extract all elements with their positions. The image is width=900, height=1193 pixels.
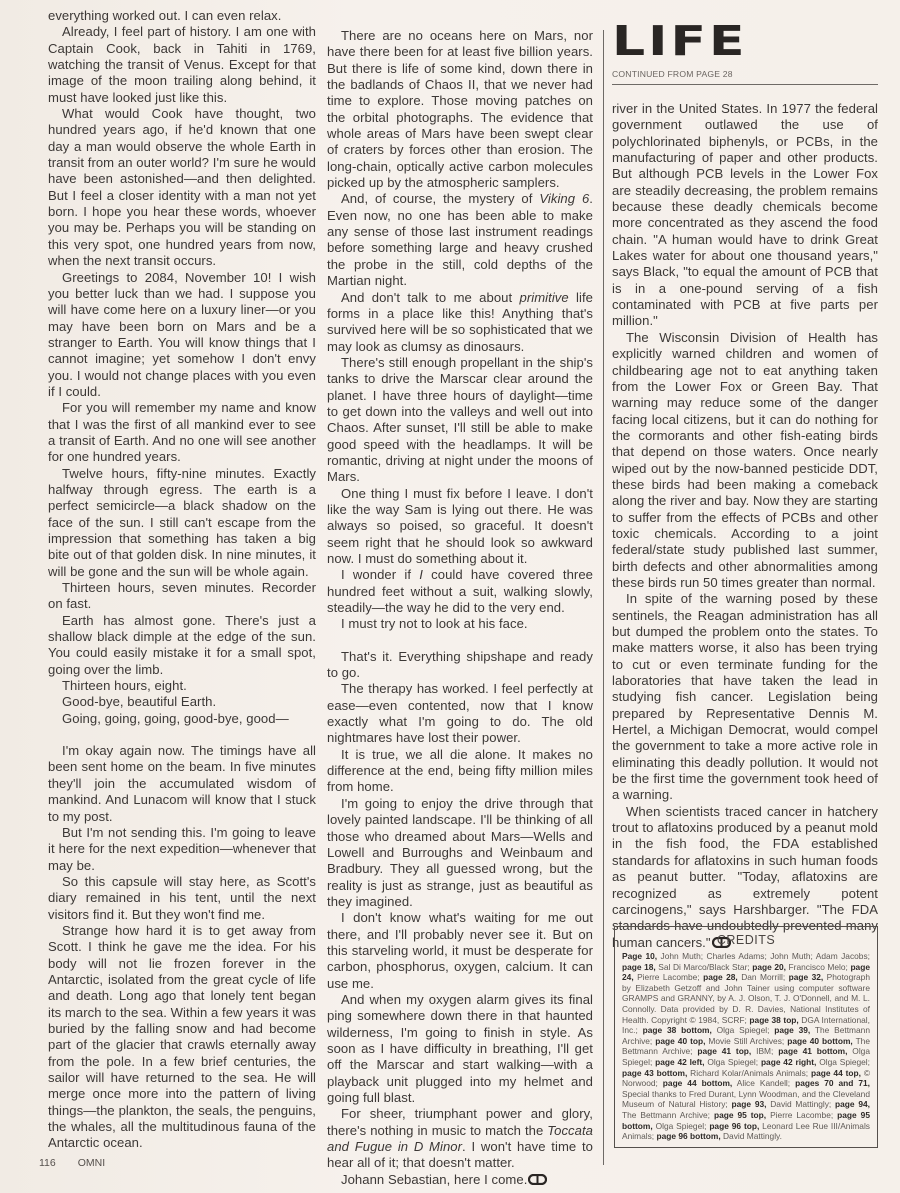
credit-page-ref: page 41 top, — [697, 1046, 751, 1056]
paragraph: And when my oxygen alarm gives its final… — [327, 992, 593, 1106]
credit-page-ref: page 93, — [732, 1099, 767, 1109]
continued-label: CONTINUED FROM PAGE 28 — [612, 69, 878, 79]
credit-text: Olga Spiegel; — [705, 1057, 761, 1067]
credit-page-ref: pages 70 and 71, — [795, 1078, 870, 1088]
paragraph: I don't know what's waiting for me out t… — [327, 910, 593, 992]
paragraph: everything worked out. I can even relax. — [48, 8, 316, 24]
credit-page-ref: page 18, — [622, 962, 656, 972]
credit-text: The Bettmann Archive; — [622, 1110, 714, 1120]
credit-text: Olga Spiegel; — [712, 1025, 774, 1035]
credit-page-ref: Page 10, — [622, 951, 657, 961]
paragraph: Thirteen hours, seven minutes. Recorder … — [48, 580, 316, 613]
credit-text: IBM; — [751, 1046, 778, 1056]
paragraph: Strange how hard it is to get away from … — [48, 923, 316, 1152]
page-number: 116 — [39, 1157, 56, 1169]
credit-text: David Mattingly. — [721, 1131, 782, 1141]
paragraph: river in the United States. In 1977 the … — [612, 101, 878, 330]
omni-end-mark-icon — [528, 1174, 547, 1185]
paragraph: And don't talk to me about primitive lif… — [327, 290, 593, 355]
credit-text: Richard Kolar/Animals Animals; — [687, 1068, 811, 1078]
sidebar-column: river in the United States. In 1977 the … — [612, 101, 878, 951]
paragraph: For you will remember my name and know t… — [48, 400, 316, 465]
paragraph: But I'm not sending this. I'm going to l… — [48, 825, 316, 874]
paragraph: Thirteen hours, eight. — [48, 678, 316, 694]
paragraph: Twelve hours, fifty-nine minutes. Exactl… — [48, 466, 316, 580]
section-header: LIFE CONTINUED FROM PAGE 28 — [612, 26, 878, 85]
story-column-1: everything worked out. I can even relax.… — [48, 8, 316, 1152]
paragraph: And, of course, the mystery of Viking 6.… — [327, 191, 593, 289]
page-folio: 116OMNI — [39, 1157, 127, 1169]
credit-text: Pierre Lacombe; — [766, 1110, 837, 1120]
credit-text: Movie Still Archives; — [705, 1036, 787, 1046]
section-logo: LIFE — [612, 26, 878, 56]
credit-page-ref: page 96 bottom, — [656, 1131, 720, 1141]
credits-title: CREDITS — [622, 933, 870, 947]
credit-page-ref: page 20, — [752, 962, 786, 972]
paragraph: Already, I feel part of history. I am on… — [48, 24, 316, 106]
credit-page-ref: page 42 left, — [655, 1057, 704, 1067]
paragraph: Going, going, going, good-bye, good— — [48, 711, 316, 727]
story-column-2: There are no oceans here on Mars, nor ha… — [327, 28, 593, 1188]
paragraph: Greetings to 2084, November 10! I wish y… — [48, 270, 316, 401]
credit-text: Dan Morrill; — [738, 972, 789, 982]
credit-text: Olga Spiegel; — [816, 1057, 870, 1067]
paragraph: It is true, we all die alone. It makes n… — [327, 747, 593, 796]
paragraph: I'm okay again now. The timings have all… — [48, 743, 316, 825]
paragraph: I wonder if I could have covered three h… — [327, 567, 593, 616]
paragraph: The therapy has worked. I feel perfectly… — [327, 681, 593, 746]
credit-page-ref: page 38 bottom, — [643, 1025, 712, 1035]
credit-text: Alice Kandell; — [732, 1078, 795, 1088]
paragraph: There are no oceans here on Mars, nor ha… — [327, 28, 593, 191]
paragraph: Earth has almost gone. There's just a sh… — [48, 613, 316, 678]
paragraph: There's still enough propellant in the s… — [327, 355, 593, 486]
paragraph: That's it. Everything shipshape and read… — [327, 649, 593, 682]
magazine-name: OMNI — [78, 1157, 105, 1169]
credit-page-ref: page 42 right, — [761, 1057, 816, 1067]
credit-page-ref: page 96 top, — [709, 1121, 759, 1131]
credit-page-ref: page 39, — [774, 1025, 810, 1035]
credit-page-ref: page 44 top, — [811, 1068, 861, 1078]
magazine-page: everything worked out. I can even relax.… — [0, 0, 900, 1193]
credit-page-ref: page 43 bottom, — [622, 1068, 687, 1078]
paragraph: I must try not to look at his face. — [327, 616, 593, 632]
credit-page-ref: page 41 bottom, — [778, 1046, 847, 1056]
credits-list: Page 10, John Muth; Charles Adams; John … — [622, 951, 870, 1142]
paragraph: In spite of the warning posed by these s… — [612, 591, 878, 803]
paragraph: So this capsule will stay here, as Scott… — [48, 874, 316, 923]
header-rule — [612, 84, 878, 85]
credit-text: Sal Di Marco/Black Star; — [656, 962, 753, 972]
credit-page-ref: page 28, — [703, 972, 738, 982]
credit-text: Olga Spiegel; — [653, 1121, 710, 1131]
credit-page-ref: page 44 bottom, — [663, 1078, 732, 1088]
emphasis: primitive — [520, 290, 569, 305]
ship-name: Viking 6 — [539, 191, 589, 206]
paragraph: Good-bye, beautiful Earth. — [48, 694, 316, 710]
credit-page-ref: page 94, — [835, 1099, 870, 1109]
credit-page-ref: page 95 top, — [714, 1110, 766, 1120]
paragraph: The Wisconsin Division of Health has exp… — [612, 330, 878, 592]
credit-text: Francisco Melo; — [786, 962, 850, 972]
credit-page-ref: page 40 top, — [655, 1036, 705, 1046]
paragraph: For sheer, triumphant power and glory, t… — [327, 1106, 593, 1171]
credit-text: Pierre Lacombe; — [634, 972, 703, 982]
paragraph: What would Cook have thought, two hundre… — [48, 106, 316, 269]
credit-page-ref: page 40 bottom, — [787, 1036, 853, 1046]
paragraph: Johann Sebastian, here I come. — [327, 1172, 593, 1188]
column-divider — [603, 30, 604, 1165]
paragraph: One thing I must fix before I leave. I d… — [327, 486, 593, 568]
credit-text: David Mattingly; — [766, 1099, 835, 1109]
paragraph: I'm going to enjoy the drive through tha… — [327, 796, 593, 910]
credits-box: CREDITS Page 10, John Muth; Charles Adam… — [614, 926, 878, 1148]
credit-page-ref: page 38 top, — [749, 1015, 798, 1025]
credit-text: John Muth; Charles Adams; John Muth; Ada… — [657, 951, 870, 961]
credit-page-ref: page 32, — [789, 972, 824, 982]
